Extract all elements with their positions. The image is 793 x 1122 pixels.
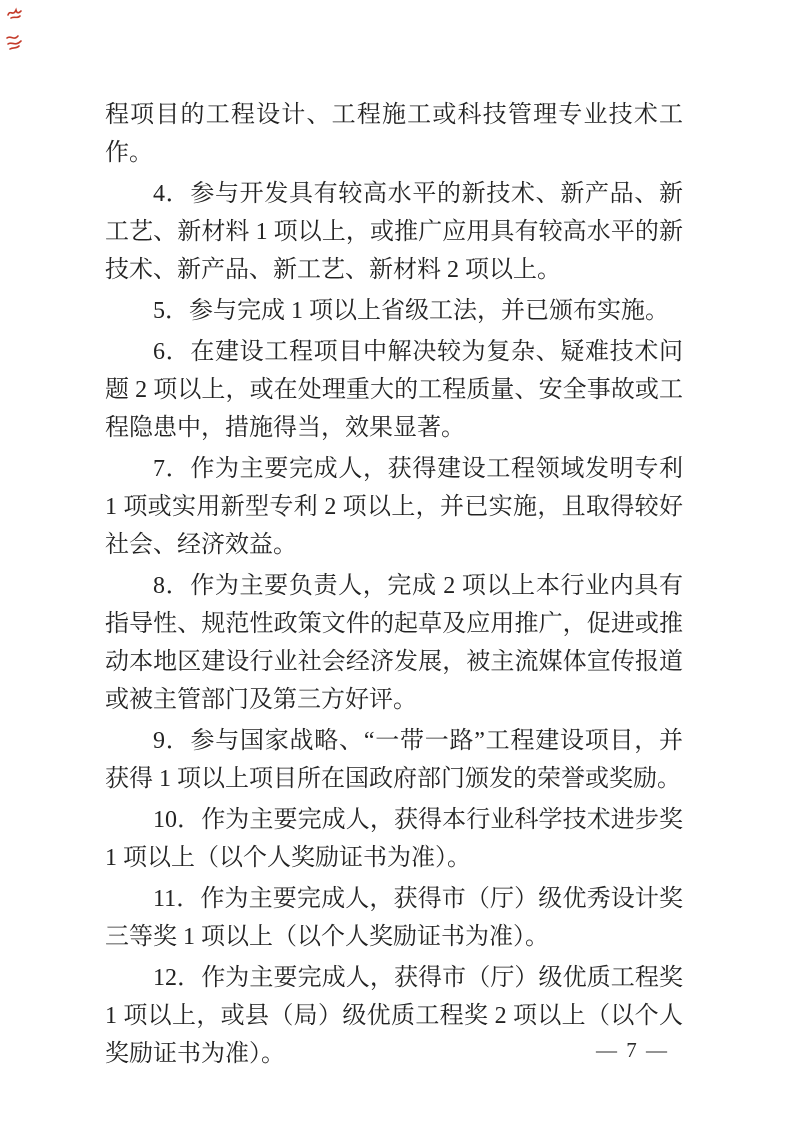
paragraph: 9．参与国家战略、“一带一路”工程建设项目，并获得 1 项以上项目所在国政府部门… xyxy=(105,722,683,798)
red-ink-mark-icon xyxy=(4,32,24,52)
paragraph: 11．作为主要完成人，获得市（厅）级优秀设计奖三等奖 1 项以上（以个人奖励证书… xyxy=(105,880,683,956)
red-ink-mark-icon xyxy=(5,5,23,23)
paragraph: 4．参与开发具有较高水平的新技术、新产品、新工艺、新材料 1 项以上，或推广应用… xyxy=(105,175,683,289)
paragraph: 10．作为主要完成人，获得本行业科学技术进步奖 1 项以上（以个人奖励证书为准）… xyxy=(105,801,683,877)
paragraph: 程项目的工程设计、工程施工或科技管理专业技术工作。 xyxy=(105,96,683,172)
paragraph: 8．作为主要负责人，完成 2 项以上本行业内具有指导性、规范性政策文件的起草及应… xyxy=(105,567,683,719)
page-number: — 7 — xyxy=(596,1038,669,1063)
paragraph: 6．在建设工程项目中解决较为复杂、疑难技术问题 2 项以上，或在处理重大的工程质… xyxy=(105,333,683,447)
paragraph: 7．作为主要完成人，获得建设工程领域发明专利 1 项或实用新型专利 2 项以上，… xyxy=(105,450,683,564)
document-page: 程项目的工程设计、工程施工或科技管理专业技术工作。4．参与开发具有较高水平的新技… xyxy=(0,0,793,1122)
paragraph: 5．参与完成 1 项以上省级工法，并已颁布实施。 xyxy=(105,292,683,330)
document-body: 程项目的工程设计、工程施工或科技管理专业技术工作。4．参与开发具有较高水平的新技… xyxy=(105,96,683,1076)
